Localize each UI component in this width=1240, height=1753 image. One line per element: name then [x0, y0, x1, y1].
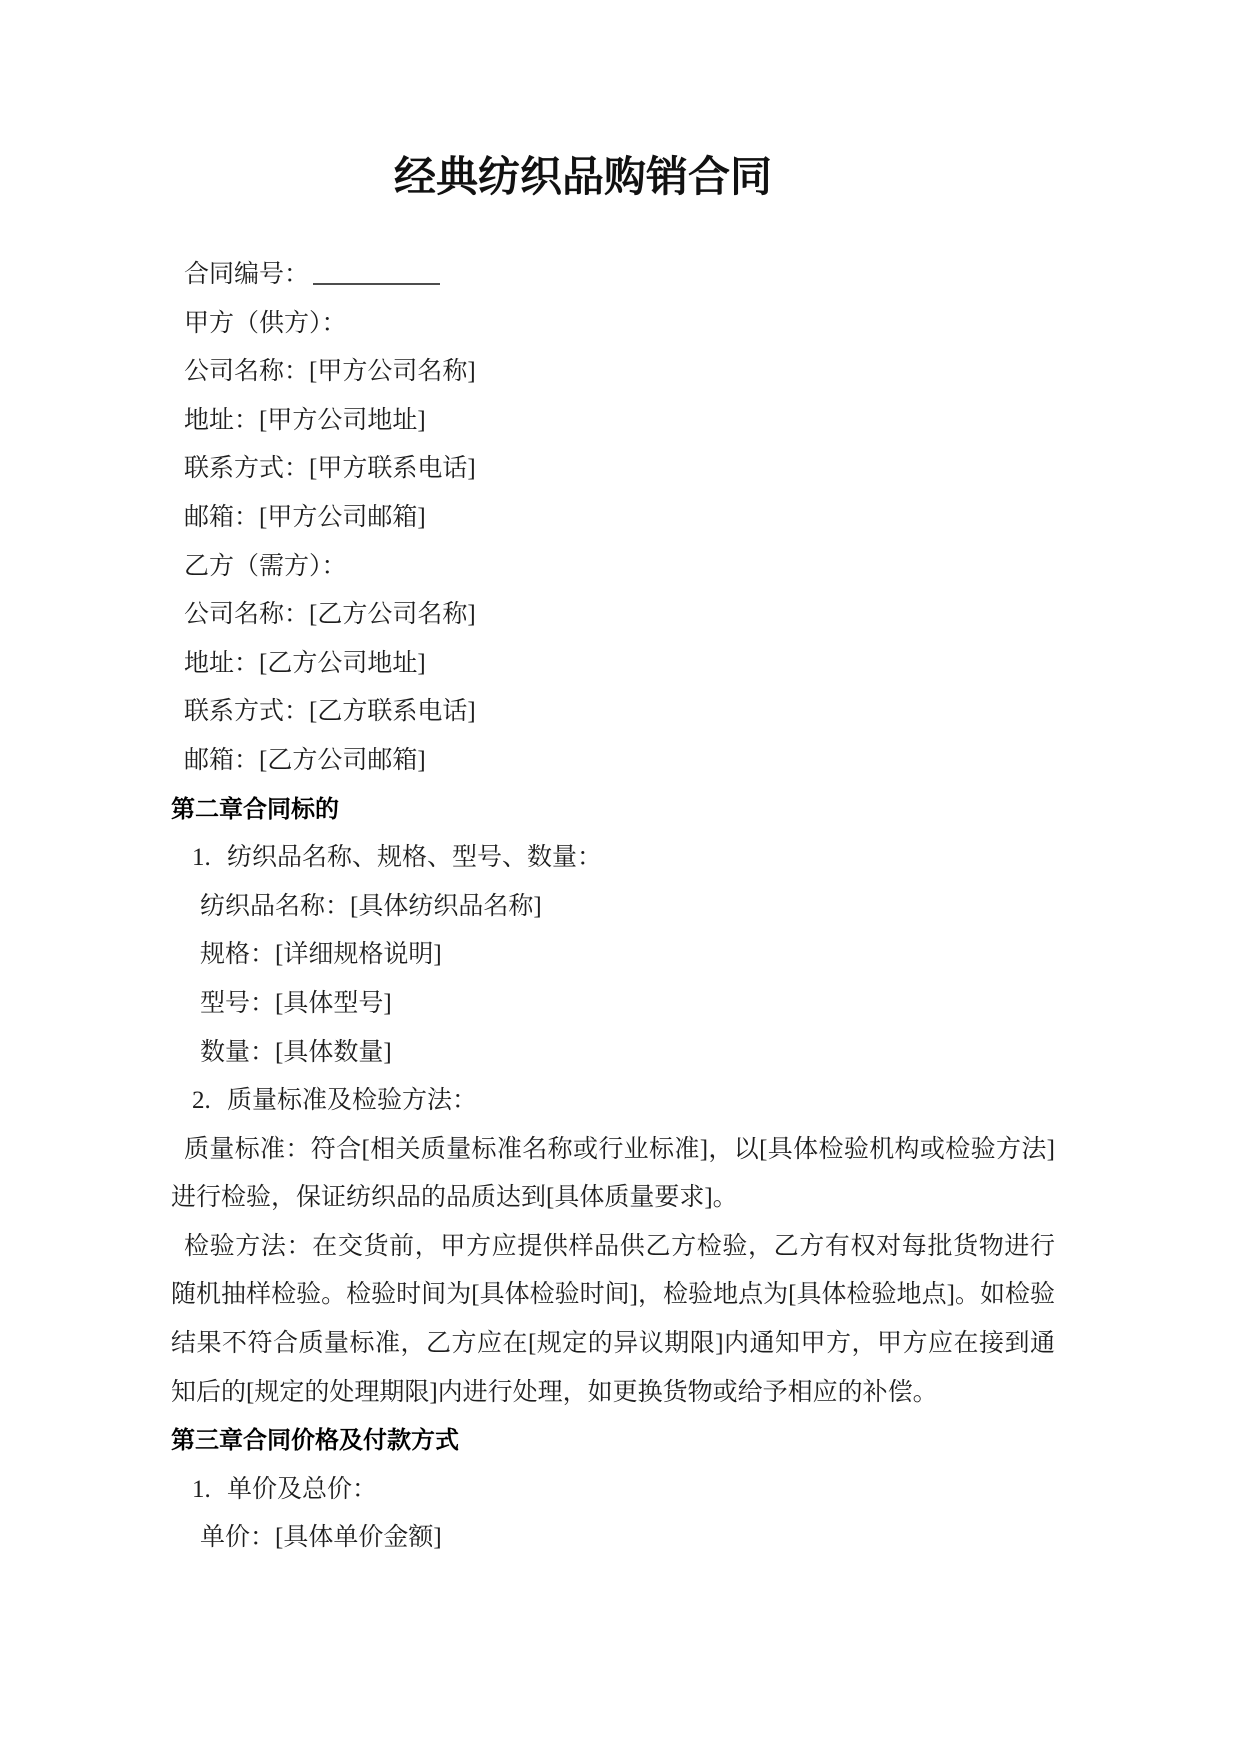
chapter3-item1-text: 单价及总价：	[227, 1476, 377, 1503]
contract-number-blank	[313, 258, 440, 285]
unit-price-line: 单价：[具体单价金额]	[171, 1514, 1055, 1563]
product-name-line: 纺织品名称：[具体纺织品名称]	[171, 883, 1055, 932]
party-b-address: 地址：[乙方公司地址]	[171, 640, 1055, 689]
party-b-company: 公司名称：[乙方公司名称]	[171, 591, 1055, 640]
chapter3-item1-number: 1.	[192, 1466, 227, 1515]
inspection-method-paragraph: 检验方法：在交货前，甲方应提供样品供乙方检验，乙方有权对每批货物进行随机抽样检验…	[171, 1223, 1055, 1417]
chapter2-item2: 2.质量标准及检验方法：	[171, 1077, 1055, 1126]
quality-standard-paragraph: 质量标准：符合[相关质量标准名称或行业标准]，以[具体检验机构或检验方法]进行检…	[171, 1126, 1055, 1223]
party-a-address: 地址：[甲方公司地址]	[171, 397, 1055, 446]
chapter2-item1-text: 纺织品名称、规格、型号、数量：	[227, 844, 602, 871]
model-line: 型号：[具体型号]	[171, 980, 1055, 1029]
chapter2-item2-text: 质量标准及检验方法：	[227, 1087, 477, 1114]
contract-number-label: 合同编号：	[184, 261, 309, 288]
chapter2-heading: 第二章合同标的	[171, 786, 1055, 835]
party-a-email: 邮箱：[甲方公司邮箱]	[171, 494, 1055, 543]
chapter3-heading: 第三章合同价格及付款方式	[171, 1417, 1055, 1466]
party-b-contact: 联系方式：[乙方联系电话]	[171, 688, 1055, 737]
party-b-heading: 乙方（需方）：	[171, 543, 1055, 592]
party-a-contact: 联系方式：[甲方联系电话]	[171, 445, 1055, 494]
document-page: 经典纺织品购销合同 合同编号： 甲方（供方）： 公司名称：[甲方公司名称] 地址…	[0, 0, 1240, 1753]
document-title: 经典纺织品购销合同	[171, 148, 995, 208]
contract-number-line: 合同编号：	[171, 251, 1055, 300]
chapter2-item2-number: 2.	[192, 1077, 227, 1126]
party-a-heading: 甲方（供方）：	[171, 300, 1055, 349]
chapter3-item1: 1.单价及总价：	[171, 1466, 1055, 1515]
document-content: 经典纺织品购销合同 合同编号： 甲方（供方）： 公司名称：[甲方公司名称] 地址…	[171, 0, 1055, 1563]
spec-line: 规格：[详细规格说明]	[171, 931, 1055, 980]
chapter2-item1-number: 1.	[192, 834, 227, 883]
party-a-company: 公司名称：[甲方公司名称]	[171, 348, 1055, 397]
chapter2-item1: 1.纺织品名称、规格、型号、数量：	[171, 834, 1055, 883]
party-b-email: 邮箱：[乙方公司邮箱]	[171, 737, 1055, 786]
quantity-line: 数量：[具体数量]	[171, 1029, 1055, 1078]
